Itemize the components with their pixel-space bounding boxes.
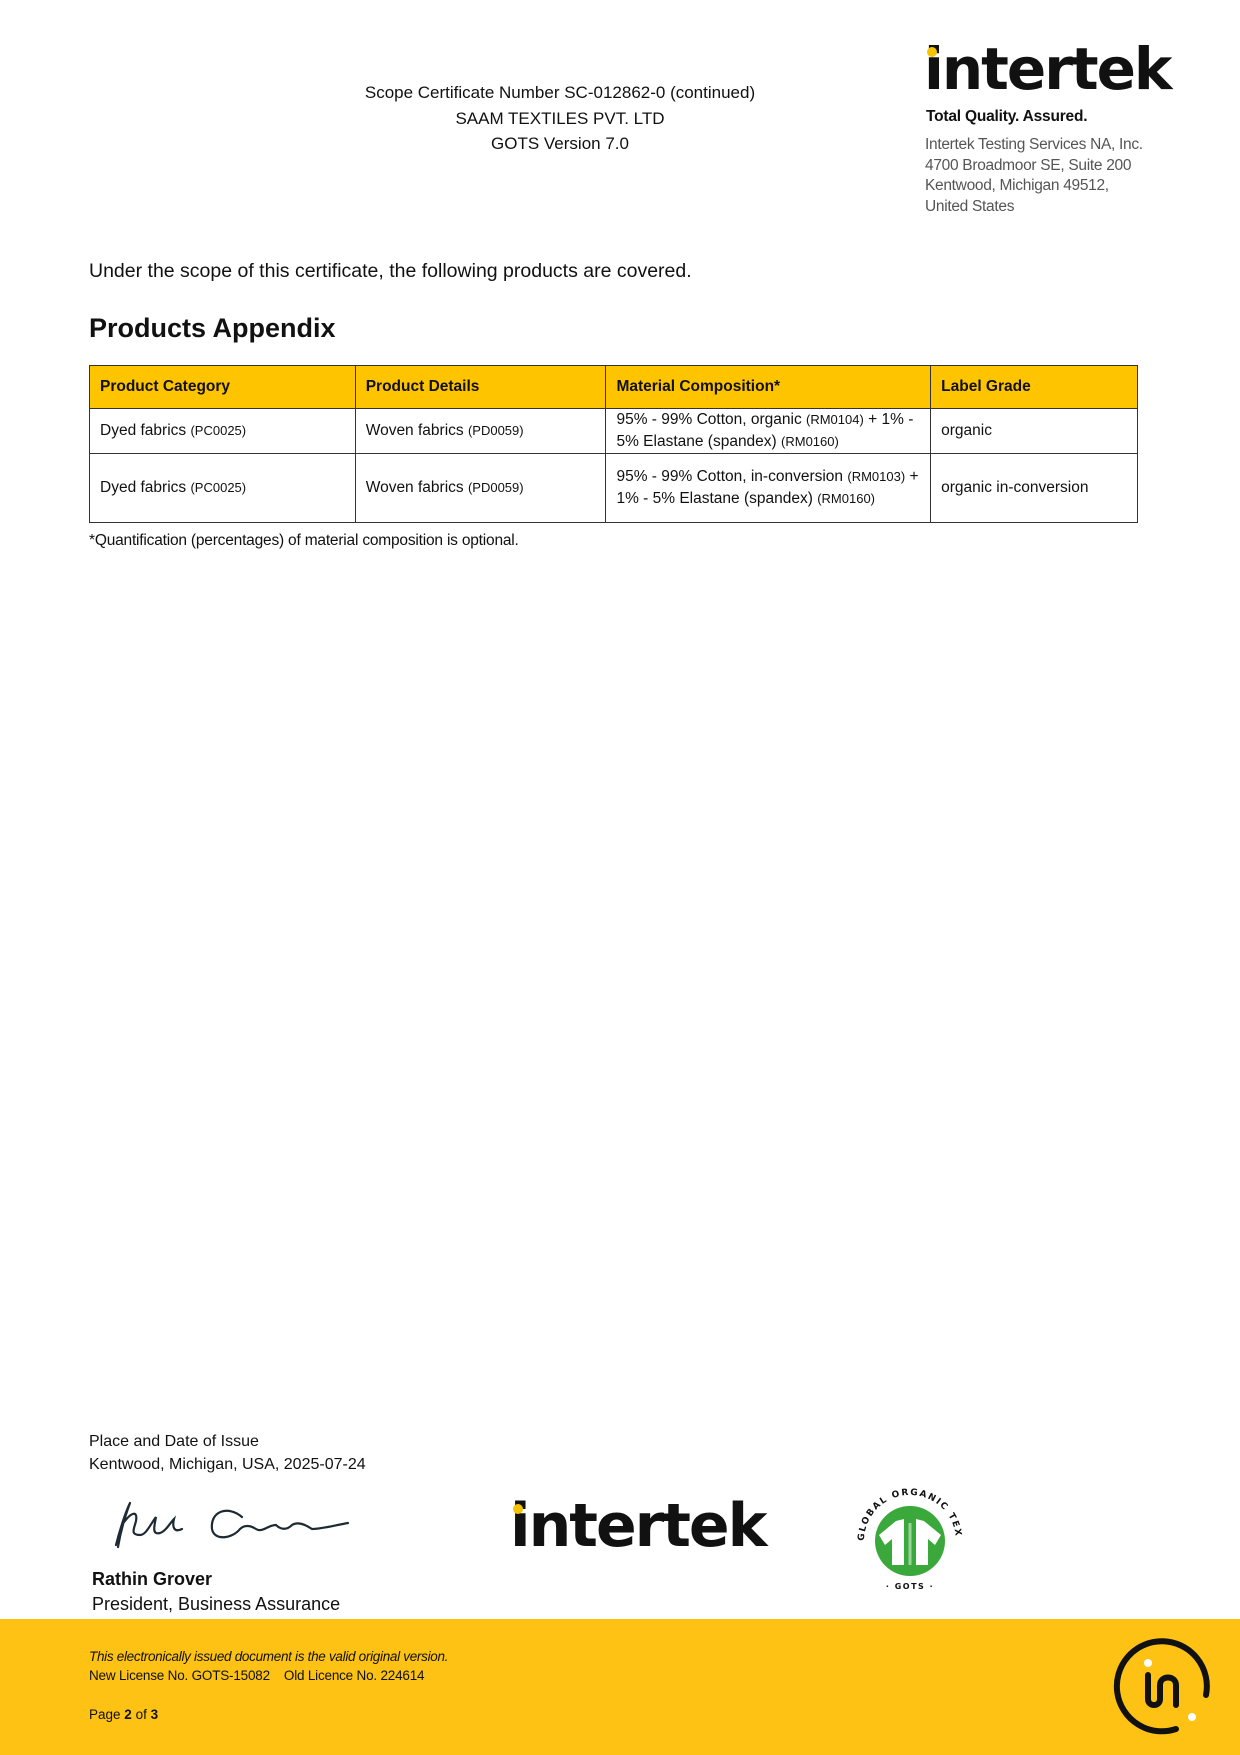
logo-dot-icon — [927, 47, 937, 57]
product-category: Dyed fabrics (PC0025) — [90, 409, 356, 454]
intro-text: Under the scope of this certificate, the… — [89, 260, 692, 283]
column-header: Label Grade — [931, 366, 1138, 409]
signature-image — [100, 1495, 360, 1555]
intertek-logo: intertek — [924, 38, 1170, 100]
footer-bar: This electronically issued document is t… — [0, 1619, 1240, 1755]
column-header: Material Composition* — [606, 366, 931, 409]
validity-disclaimer: This electronically issued document is t… — [89, 1649, 448, 1664]
logo-dot-icon — [513, 1504, 523, 1514]
intertek-in-mark-icon — [1110, 1633, 1216, 1739]
table-row: Dyed fabrics (PC0025) Woven fabrics (PD0… — [90, 409, 1138, 454]
issue-label: Place and Date of Issue — [89, 1430, 366, 1453]
company-name: SAAM TEXTILES PVT. LTD — [300, 106, 820, 132]
standard-version: GOTS Version 7.0 — [300, 131, 820, 157]
gots-seal-icon: GLOBAL ORGANIC TEXTILE STANDARD · GOTS · — [852, 1483, 968, 1599]
svg-text:· GOTS ·: · GOTS · — [886, 1582, 934, 1591]
table-row: Dyed fabrics (PC0025) Woven fabrics (PD0… — [90, 454, 1138, 523]
column-header: Product Details — [355, 366, 606, 409]
table-footnote: *Quantification (percentages) of materia… — [89, 532, 519, 550]
label-grade: organic — [931, 409, 1138, 454]
signatory: Rathin Grover President, Business Assura… — [92, 1567, 340, 1617]
signatory-name: Rathin Grover — [92, 1567, 340, 1592]
table-header-row: Product Category Product Details Materia… — [90, 366, 1138, 409]
page-indicator: Page 2 of 3 — [89, 1707, 158, 1722]
intertek-logo-footer: intertek — [510, 1494, 766, 1558]
certificate-header: Scope Certificate Number SC-012862-0 (co… — [300, 80, 820, 157]
material-composition: 95% - 99% Cotton, organic (RM0104) + 1% … — [606, 409, 931, 454]
license-numbers: New License No. GOTS-15082Old Licence No… — [89, 1668, 424, 1683]
section-title: Products Appendix — [89, 313, 336, 344]
tagline: Total Quality. Assured. — [926, 108, 1087, 126]
product-details: Woven fabrics (PD0059) — [355, 454, 606, 523]
old-license: Old Licence No. 224614 — [284, 1668, 424, 1683]
material-composition: 95% - 99% Cotton, in-conversion (RM0103)… — [606, 454, 931, 523]
issue-info: Place and Date of Issue Kentwood, Michig… — [89, 1430, 366, 1476]
products-table: Product Category Product Details Materia… — [89, 365, 1138, 523]
product-details: Woven fabrics (PD0059) — [355, 409, 606, 454]
column-header: Product Category — [90, 366, 356, 409]
issuer-address: Intertek Testing Services NA, Inc. 4700 … — [925, 135, 1143, 217]
certificate-number: Scope Certificate Number SC-012862-0 (co… — [300, 80, 820, 106]
new-license: New License No. GOTS-15082 — [89, 1668, 270, 1683]
product-category: Dyed fabrics (PC0025) — [90, 454, 356, 523]
issue-place-date: Kentwood, Michigan, USA, 2025-07-24 — [89, 1453, 366, 1476]
signatory-title: President, Business Assurance — [92, 1592, 340, 1617]
label-grade: organic in-conversion — [931, 454, 1138, 523]
